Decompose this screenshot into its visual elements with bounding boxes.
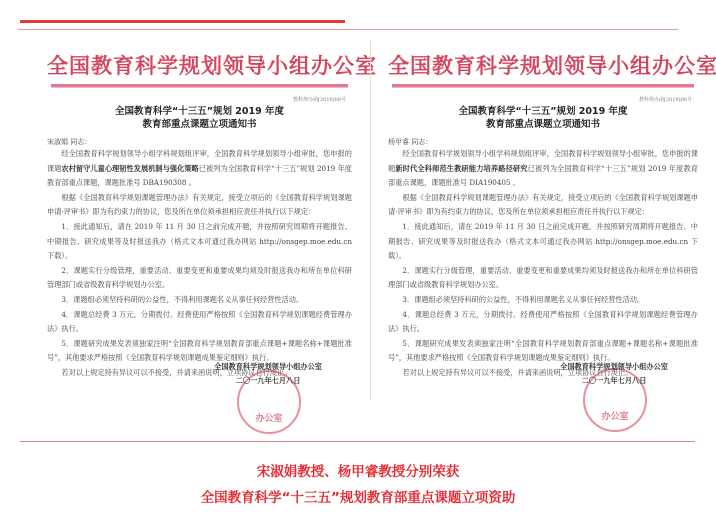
doc-title: 全国教育科学“十三五”规划 2019 年度 教育部重点课题立项通知书 bbox=[388, 105, 698, 131]
doc-number: 教科规办函[2019]08号 bbox=[47, 96, 352, 103]
sign-date: 二〇一九年七月八日 bbox=[560, 374, 668, 388]
item-4: 4．课题总经费 3 万元，分期拨付。经费使用严格按照《全国教育科学规划课题经费管… bbox=[388, 308, 698, 337]
notice-document-right: 全国教育科学规划领导小组办公室 教科规办函[2019]08号 全国教育科学“十三… bbox=[388, 40, 698, 435]
bottom-divider bbox=[20, 441, 695, 442]
notice-document-left: 全国教育科学规划领导小组办公室 教科规办函[2019]08号 全国教育科学“十三… bbox=[47, 40, 352, 435]
doc-body: 经全国教育科学规划领导小组学科规划组评审，全国教育科学规划领导小组审批，您申报的… bbox=[47, 147, 352, 381]
item-2: 2．课题实行分级管理，重要活动、重要变更和重要成果均须及时报送我办和所在单位科研… bbox=[388, 264, 698, 293]
sign-org: 全国教育科学规划领导小组办公室 bbox=[560, 360, 668, 374]
doc-number: 教科规办函[2019]08号 bbox=[388, 96, 698, 103]
item-1: 1．接此通知后，请在 2019 年 11 月 30 日之前完成开题，并按照研究周… bbox=[388, 220, 698, 264]
para-2: 根据《全国教育科学规划课题管理办法》有关规定，接受立项后的《全国教育科学规划课题… bbox=[47, 191, 352, 220]
item-1: 1．接此通知后，请在 2019 年 11 月 30 日之前完成开题，并按照研究周… bbox=[47, 220, 352, 264]
item-3: 3．课题组必须坚持科研的公益性，不得利用课题名义从事任何经营性活动。 bbox=[47, 293, 352, 308]
doc-title-line2: 教育部重点课题立项通知书 bbox=[47, 118, 352, 131]
signature-block: 全国教育科学规划领导小组办公室 二〇一九年七月八日 bbox=[560, 360, 668, 388]
org-header: 全国教育科学规划领导小组办公室 bbox=[47, 50, 352, 80]
caption-line1: 宋淑娟教授、杨甲睿教授分别荣获 bbox=[0, 460, 716, 480]
project-name: 农村留守儿童心理韧性发展机制与强化策略 bbox=[61, 164, 198, 173]
header-rule bbox=[51, 84, 348, 88]
para-1: 经全国教育科学规划领导小组学科规划组评审，全国教育科学规划领导小组审批，您申报的… bbox=[47, 147, 352, 191]
item-2: 2．课题实行分级管理，重要活动、重要变更和重要成果均须及时报送我办和所在单位科研… bbox=[47, 264, 352, 293]
top-accent-bar bbox=[20, 20, 345, 23]
signature-block: 全国教育科学规划领导小组办公室 二〇一九年七月八日 bbox=[214, 360, 322, 388]
item-3: 3．课题组必须坚持科研的公益性，不得利用课题名义从事任何经营性活动。 bbox=[388, 293, 698, 308]
sign-date: 二〇一九年七月八日 bbox=[214, 374, 322, 388]
greeting: 杨甲睿 同志： bbox=[388, 137, 698, 147]
top-divider bbox=[18, 29, 678, 30]
caption-line2: 全国教育科学“十三五”规划教育部重点课题立项资助 bbox=[0, 486, 716, 506]
para-2: 根据《全国教育科学规划课题管理办法》有关规定，接受立项后的《全国教育科学规划课题… bbox=[388, 191, 698, 220]
project-name: 新时代全科师范生教研能力培养路径研究 bbox=[395, 164, 527, 173]
para-1: 经全国教育科学规划领导小组学科规划组评审，全国教育科学规划领导小组审批，您申报的… bbox=[388, 147, 698, 191]
header-rule bbox=[392, 84, 694, 88]
doc-title-line1: 全国教育科学“十三五”规划 2019 年度 bbox=[388, 105, 698, 118]
doc-body: 经全国教育科学规划领导小组学科规划组评审，全国教育科学规划领导小组审批，您申报的… bbox=[388, 147, 698, 381]
doc-title: 全国教育科学“十三五”规划 2019 年度 教育部重点课题立项通知书 bbox=[47, 105, 352, 131]
org-header: 全国教育科学规划领导小组办公室 bbox=[388, 50, 698, 80]
greeting: 宋淑娟 同志： bbox=[47, 137, 352, 147]
doc-title-line2: 教育部重点课题立项通知书 bbox=[388, 118, 698, 131]
doc-title-line1: 全国教育科学“十三五”规划 2019 年度 bbox=[47, 105, 352, 118]
sign-org: 全国教育科学规划领导小组办公室 bbox=[214, 360, 322, 374]
seal-text: 办公室 bbox=[585, 409, 645, 422]
item-4: 4．课题总经费 3 万元，分期拨付。经费使用严格按照《全国教育科学规划课题经费管… bbox=[47, 308, 352, 337]
seal-text: 办公室 bbox=[239, 411, 299, 424]
